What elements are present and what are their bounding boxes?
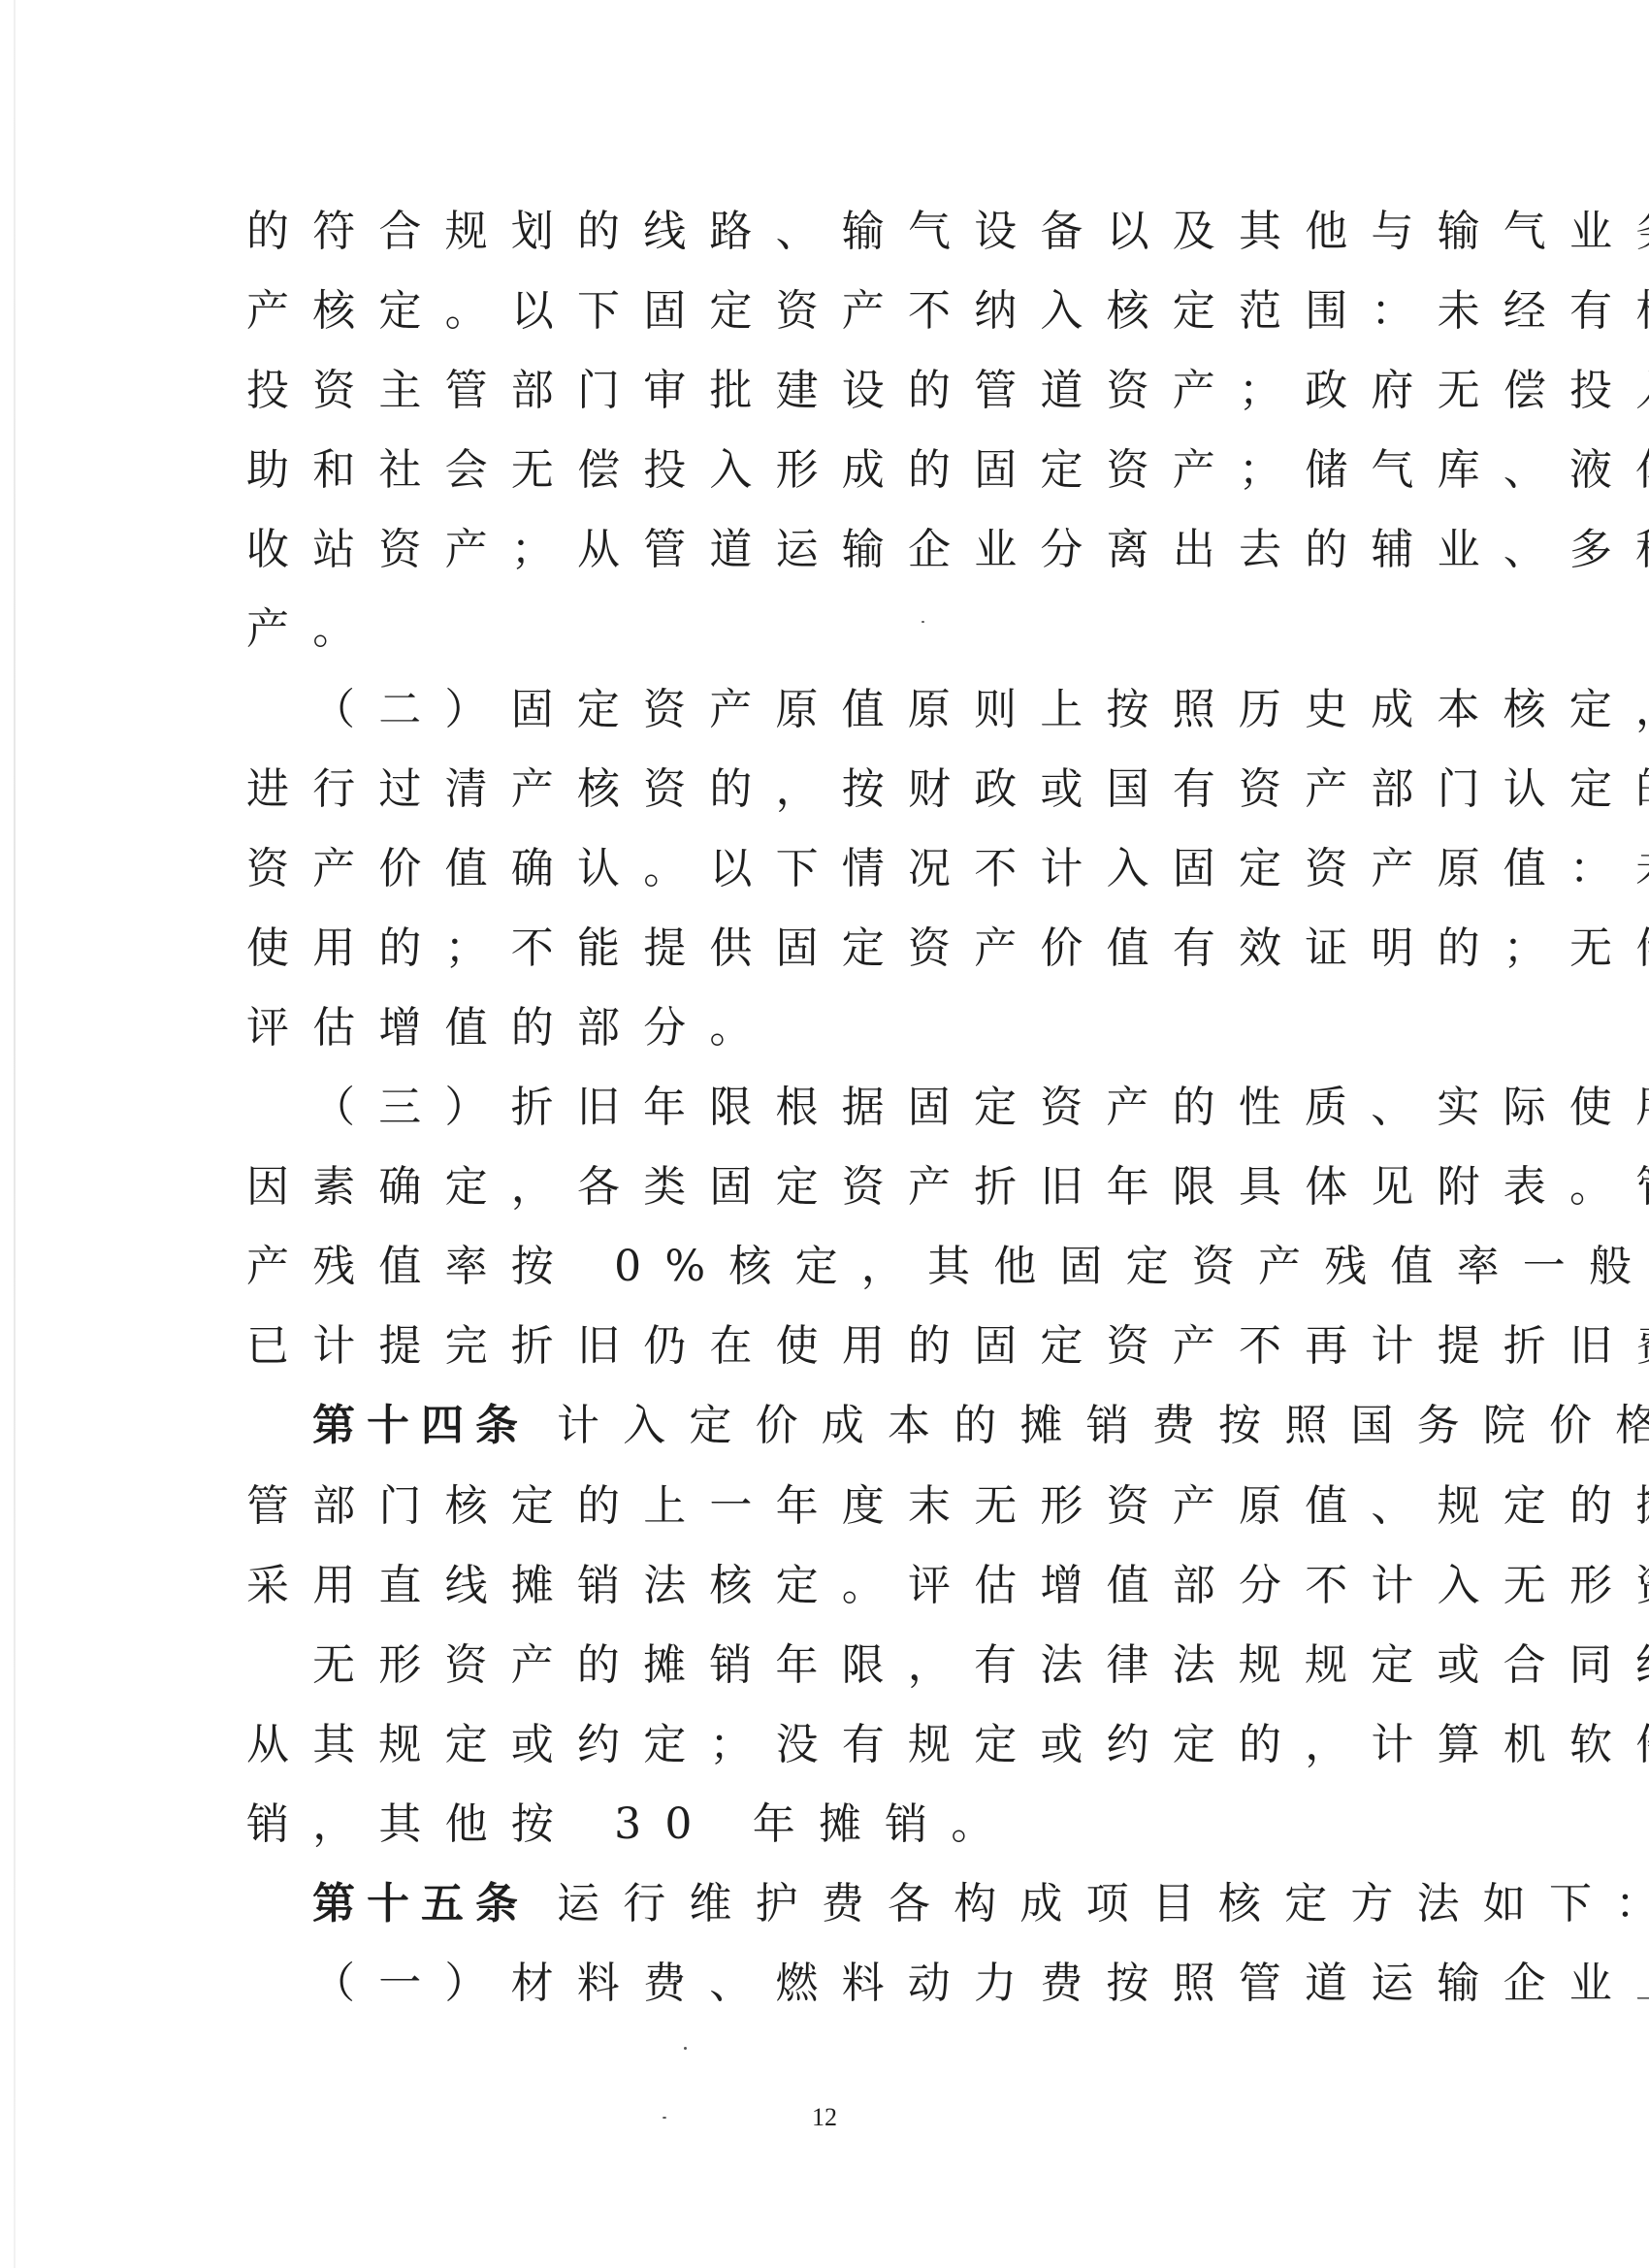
paragraph-line: 的符合规划的线路、输气设备以及其他与输气业务相关的资 [246, 200, 1372, 279]
paragraph-line: 收站资产；从管道运输企业分离出去的辅业、多种经营等资 [246, 518, 1372, 598]
page-number: 12 [0, 2103, 1649, 2132]
paragraph-line: 进行过清产核资的，按财政或国有资产部门认定的各类固定 [246, 758, 1372, 837]
paragraph-line: 采用直线摊销法核定。评估增值部分不计入无形资产原值。 [246, 1554, 1372, 1634]
paragraph-line: 评估增值的部分。 [246, 996, 1372, 1076]
paragraph-line: 已计提完折旧仍在使用的固定资产不再计提折旧费用。 [246, 1314, 1372, 1394]
intangible-amortization-line: 无形资产的摊销年限，有法律法规规定或合同约定的， [246, 1634, 1372, 1713]
document-body: 的符合规划的线路、输气设备以及其他与输气业务相关的资 产核定。以下固定资产不纳入… [246, 200, 1372, 2031]
paragraph-line: 从其规定或约定；没有规定或约定的，计算机软件按 5 年摊 [246, 1713, 1372, 1793]
paragraph-line: 资产价值确认。以下情况不计入固定资产原值：未投入实际 [246, 837, 1372, 917]
article-15-line: 第十五条运行维护费各构成项目核定方法如下： [246, 1872, 1372, 1952]
scan-edge [14, 0, 16, 2268]
paragraph-line: 因素确定，各类固定资产折旧年限具体见附表。管道固定资 [246, 1155, 1372, 1235]
paragraph-line: 产。 [246, 598, 1372, 677]
article-15-heading: 第十五条 [312, 1879, 530, 1928]
paragraph-line: 销，其他按 30 年摊销。 [246, 1793, 1372, 1872]
paragraph-line: 产残值率按 0%核定，其他固定资产残值率一般按 5%核定。 [246, 1235, 1372, 1314]
paragraph-line: 产核定。以下固定资产不纳入核定范围：未经有权限的行业 [246, 279, 1372, 359]
paragraph-line: 助和社会无偿投入形成的固定资产；储气库、液化天然气接 [246, 438, 1372, 518]
paragraph-line: 投资主管部门审批建设的管道资产；政府无偿投入、政府补 [246, 359, 1372, 438]
paragraph-line: 管部门核定的上一年度末无形资产原值、规定的摊销年限， [246, 1474, 1372, 1554]
article-14-text: 计入定价成本的摊销费按照国务院价格主 [557, 1401, 1649, 1450]
article-14-line: 第十四条计入定价成本的摊销费按照国务院价格主 [246, 1394, 1372, 1474]
clause-2-line: （二）固定资产原值原则上按照历史成本核定，按规定 [246, 678, 1372, 758]
scan-speck [921, 621, 924, 623]
paragraph-line: 使用的；不能提供固定资产价值有效证明的；无偿接收的； [246, 917, 1372, 996]
article-14-heading: 第十四条 [312, 1401, 530, 1450]
scan-speck [684, 2047, 687, 2050]
clause-1-line: （一）材料费、燃料动力费按照管道运输企业上一年度 [246, 1952, 1372, 2031]
article-15-text: 运行维护费各构成项目核定方法如下： [557, 1879, 1649, 1928]
clause-3-line: （三）折旧年限根据固定资产的性质、实际使用情况等 [246, 1076, 1372, 1155]
